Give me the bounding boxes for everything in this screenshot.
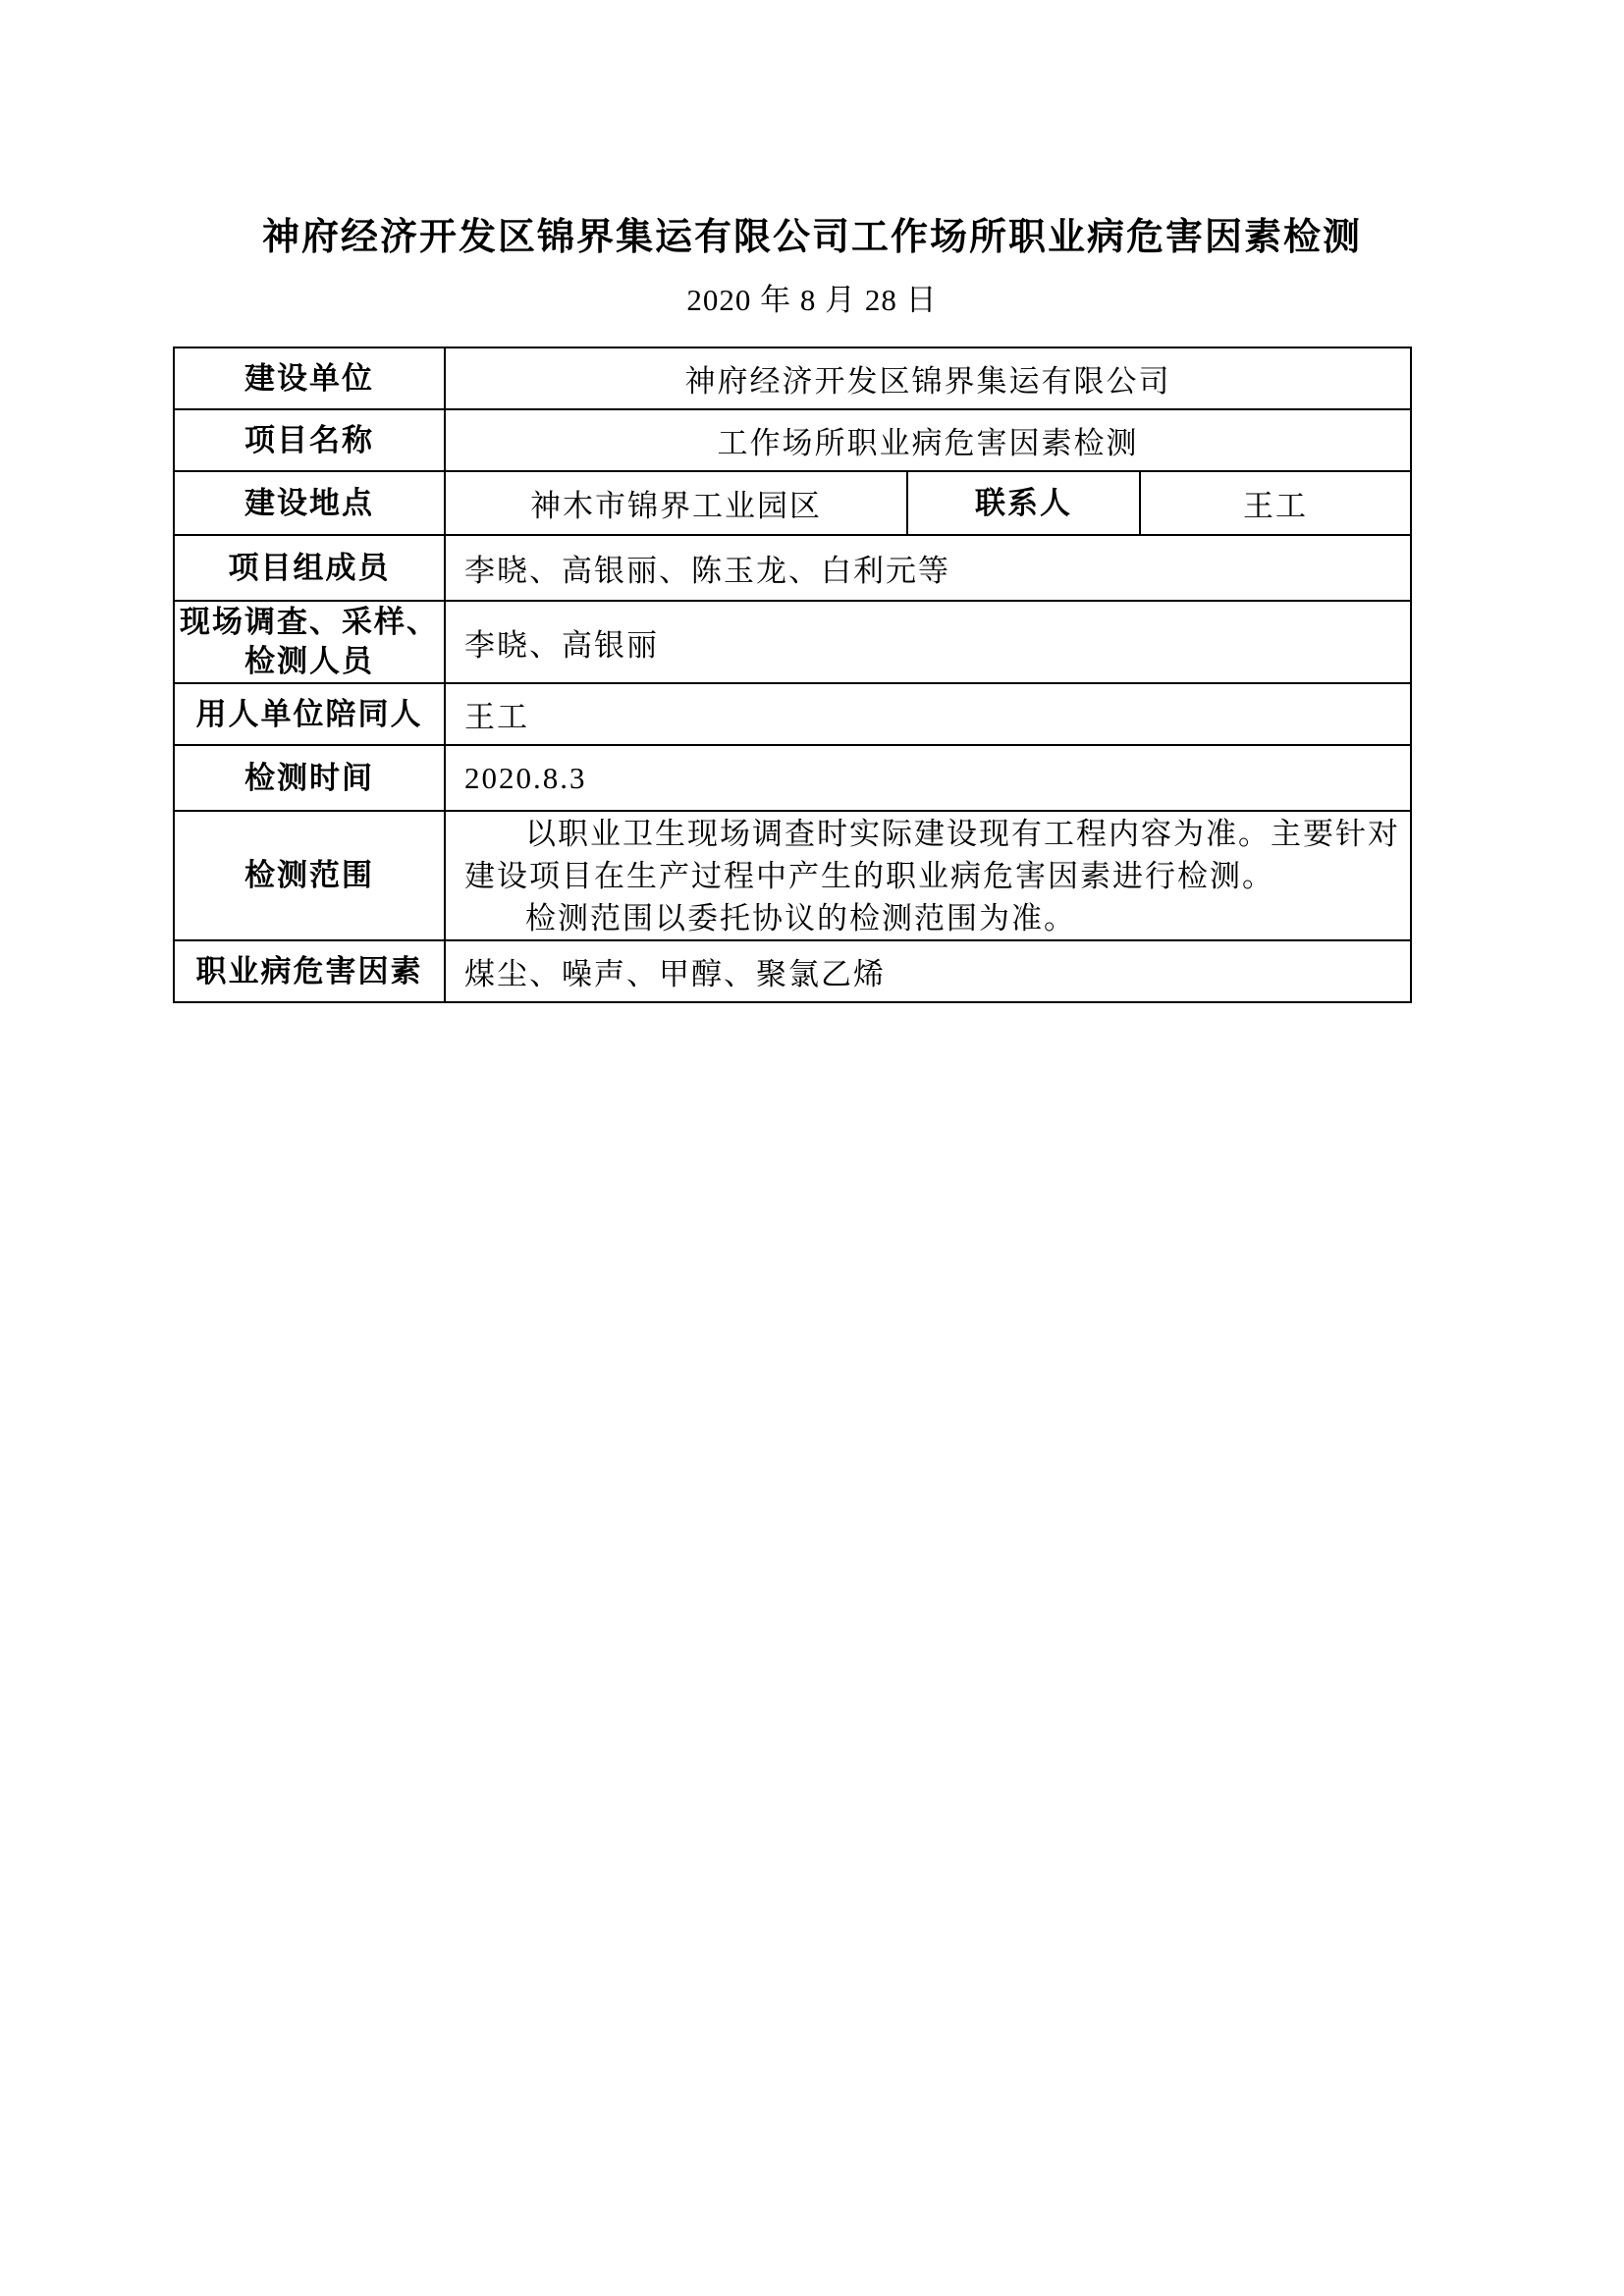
- construction-unit-value: 神府经济开发区锦界集运有限公司: [445, 347, 1411, 409]
- detection-scope-label: 检测范围: [174, 811, 445, 940]
- row-hazard-factors: 职业病危害因素 煤尘、噪声、甲醇、聚氯乙烯: [174, 940, 1411, 1002]
- employer-escort-label: 用人单位陪同人: [174, 683, 445, 745]
- info-table: 建设单位 神府经济开发区锦界集运有限公司 项目名称 工作场所职业病危害因素检测 …: [173, 347, 1412, 1003]
- hazard-factors-label: 职业病危害因素: [174, 940, 445, 1002]
- detection-scope-value: 以职业卫生现场调查时实际建设现有工程内容为准。主要针对 建设项目在生产过程中产生…: [445, 811, 1411, 940]
- row-field-survey-personnel: 现场调查、采样、 检测人员 李晓、高银丽: [174, 601, 1411, 683]
- row-detection-time: 检测时间 2020.8.3: [174, 745, 1411, 811]
- construction-site-value: 神木市锦界工业园区: [445, 471, 907, 535]
- row-project-team: 项目组成员 李晓、高银丽、陈玉龙、白利元等: [174, 535, 1411, 601]
- project-team-label: 项目组成员: [174, 535, 445, 601]
- field-survey-personnel-value: 李晓、高银丽: [445, 601, 1411, 683]
- row-construction-site: 建设地点 神木市锦界工业园区 联系人 王工: [174, 471, 1411, 535]
- detection-scope-line3: 检测范围以委托协议的检测范围为准。: [464, 897, 1410, 939]
- row-detection-scope: 检测范围 以职业卫生现场调查时实际建设现有工程内容为准。主要针对 建设项目在生产…: [174, 811, 1411, 940]
- document-title: 神府经济开发区锦界集运有限公司工作场所职业病危害因素检测: [0, 216, 1624, 259]
- row-employer-escort: 用人单位陪同人 王工: [174, 683, 1411, 745]
- project-team-value: 李晓、高银丽、陈玉龙、白利元等: [445, 535, 1411, 601]
- detection-time-value: 2020.8.3: [445, 745, 1411, 811]
- employer-escort-value: 王工: [445, 683, 1411, 745]
- field-survey-personnel-label: 现场调查、采样、 检测人员: [174, 601, 445, 683]
- hazard-factors-value: 煤尘、噪声、甲醇、聚氯乙烯: [445, 940, 1411, 1002]
- detection-time-label: 检测时间: [174, 745, 445, 811]
- project-name-label: 项目名称: [174, 409, 445, 471]
- contact-person-value: 王工: [1140, 471, 1411, 535]
- document-page: 神府经济开发区锦界集运有限公司工作场所职业病危害因素检测 2020 年 8 月 …: [0, 0, 1624, 2296]
- project-name-value: 工作场所职业病危害因素检测: [445, 409, 1411, 471]
- construction-site-label: 建设地点: [174, 471, 445, 535]
- field-survey-personnel-label-line1: 现场调查、采样、: [175, 603, 444, 642]
- document-date: 2020 年 8 月 28 日: [0, 283, 1624, 318]
- row-project-name: 项目名称 工作场所职业病危害因素检测: [174, 409, 1411, 471]
- field-survey-personnel-label-line2: 检测人员: [175, 642, 444, 681]
- contact-person-label: 联系人: [907, 471, 1140, 535]
- construction-unit-label: 建设单位: [174, 347, 445, 409]
- detection-scope-line1: 以职业卫生现场调查时实际建设现有工程内容为准。主要针对: [464, 813, 1410, 855]
- detection-scope-line2: 建设项目在生产过程中产生的职业病危害因素进行检测。: [464, 855, 1410, 897]
- row-construction-unit: 建设单位 神府经济开发区锦界集运有限公司: [174, 347, 1411, 409]
